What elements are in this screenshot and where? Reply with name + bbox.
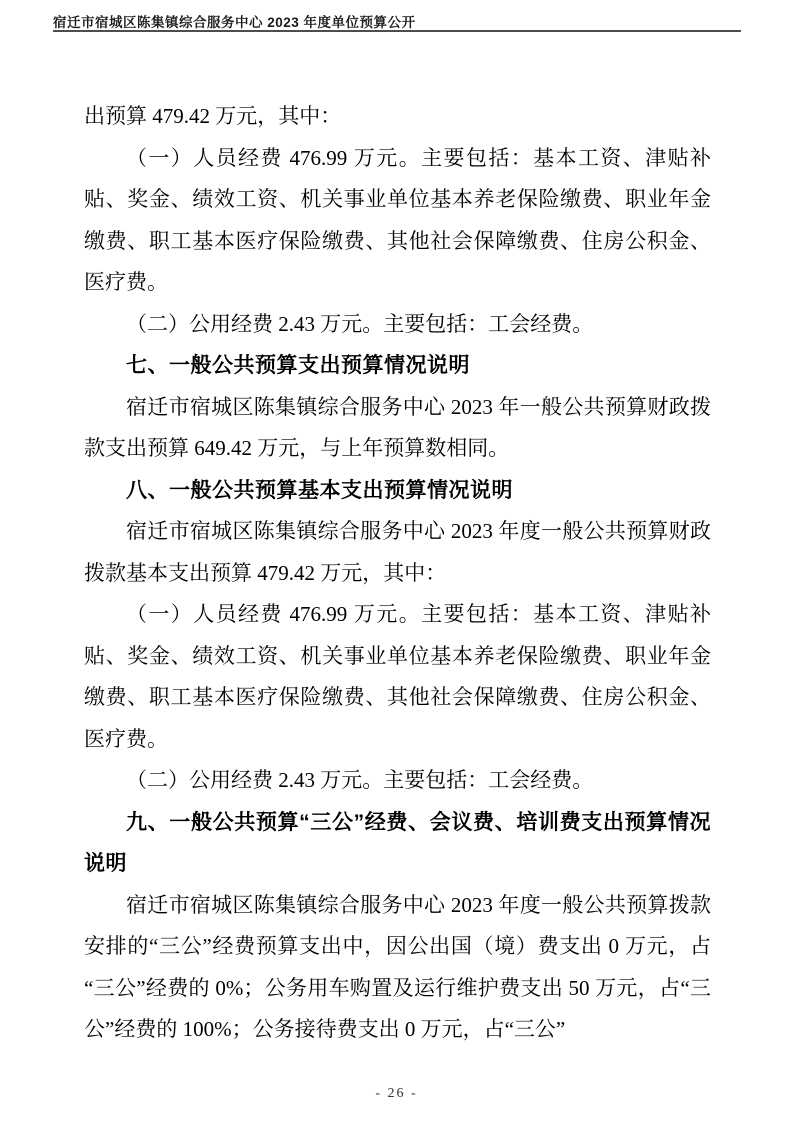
section-7-heading: 七、一般公共预算支出预算情况说明 — [84, 345, 711, 387]
page-number: - 26 - — [0, 1086, 793, 1102]
paragraph-section-7-body: 宿迁市宿城区陈集镇综合服务中心 2023 年一般公共预算财政拨款支出预算 649… — [84, 387, 711, 470]
section-8-heading: 八、一般公共预算基本支出预算情况说明 — [84, 470, 711, 512]
paragraph-carryover-budget-total: 出预算 479.42 万元，其中： — [84, 96, 711, 138]
section-9-heading: 九、一般公共预算“三公”经费、会议费、培训费支出预算情况说明 — [84, 802, 711, 885]
paragraph-public-expense: （二）公用经费 2.43 万元。主要包括：工会经费。 — [84, 304, 711, 346]
document-header-title: 宿迁市宿城区陈集镇综合服务中心 2023 年度单位预算公开 — [53, 11, 416, 31]
paragraph-section-8-public-expense: （二）公用经费 2.43 万元。主要包括：工会经费。 — [84, 760, 711, 802]
paragraph-personnel-expense: （一）人员经费 476.99 万元。主要包括：基本工资、津贴补贴、奖金、绩效工资… — [84, 138, 711, 304]
document-page: 宿迁市宿城区陈集镇综合服务中心 2023 年度单位预算公开 出预算 479.42… — [0, 0, 793, 1122]
document-body: 出预算 479.42 万元，其中： （一）人员经费 476.99 万元。主要包括… — [84, 96, 711, 1051]
paragraph-section-8-personnel-expense: （一）人员经费 476.99 万元。主要包括：基本工资、津贴补贴、奖金、绩效工资… — [84, 594, 711, 760]
paragraph-section-8-intro: 宿迁市宿城区陈集镇综合服务中心 2023 年度一般公共预算财政拨款基本支出预算 … — [84, 511, 711, 594]
header-divider-rule — [53, 30, 741, 32]
paragraph-section-9-body: 宿迁市宿城区陈集镇综合服务中心 2023 年度一般公共预算拨款安排的“三公”经费… — [84, 885, 711, 1051]
